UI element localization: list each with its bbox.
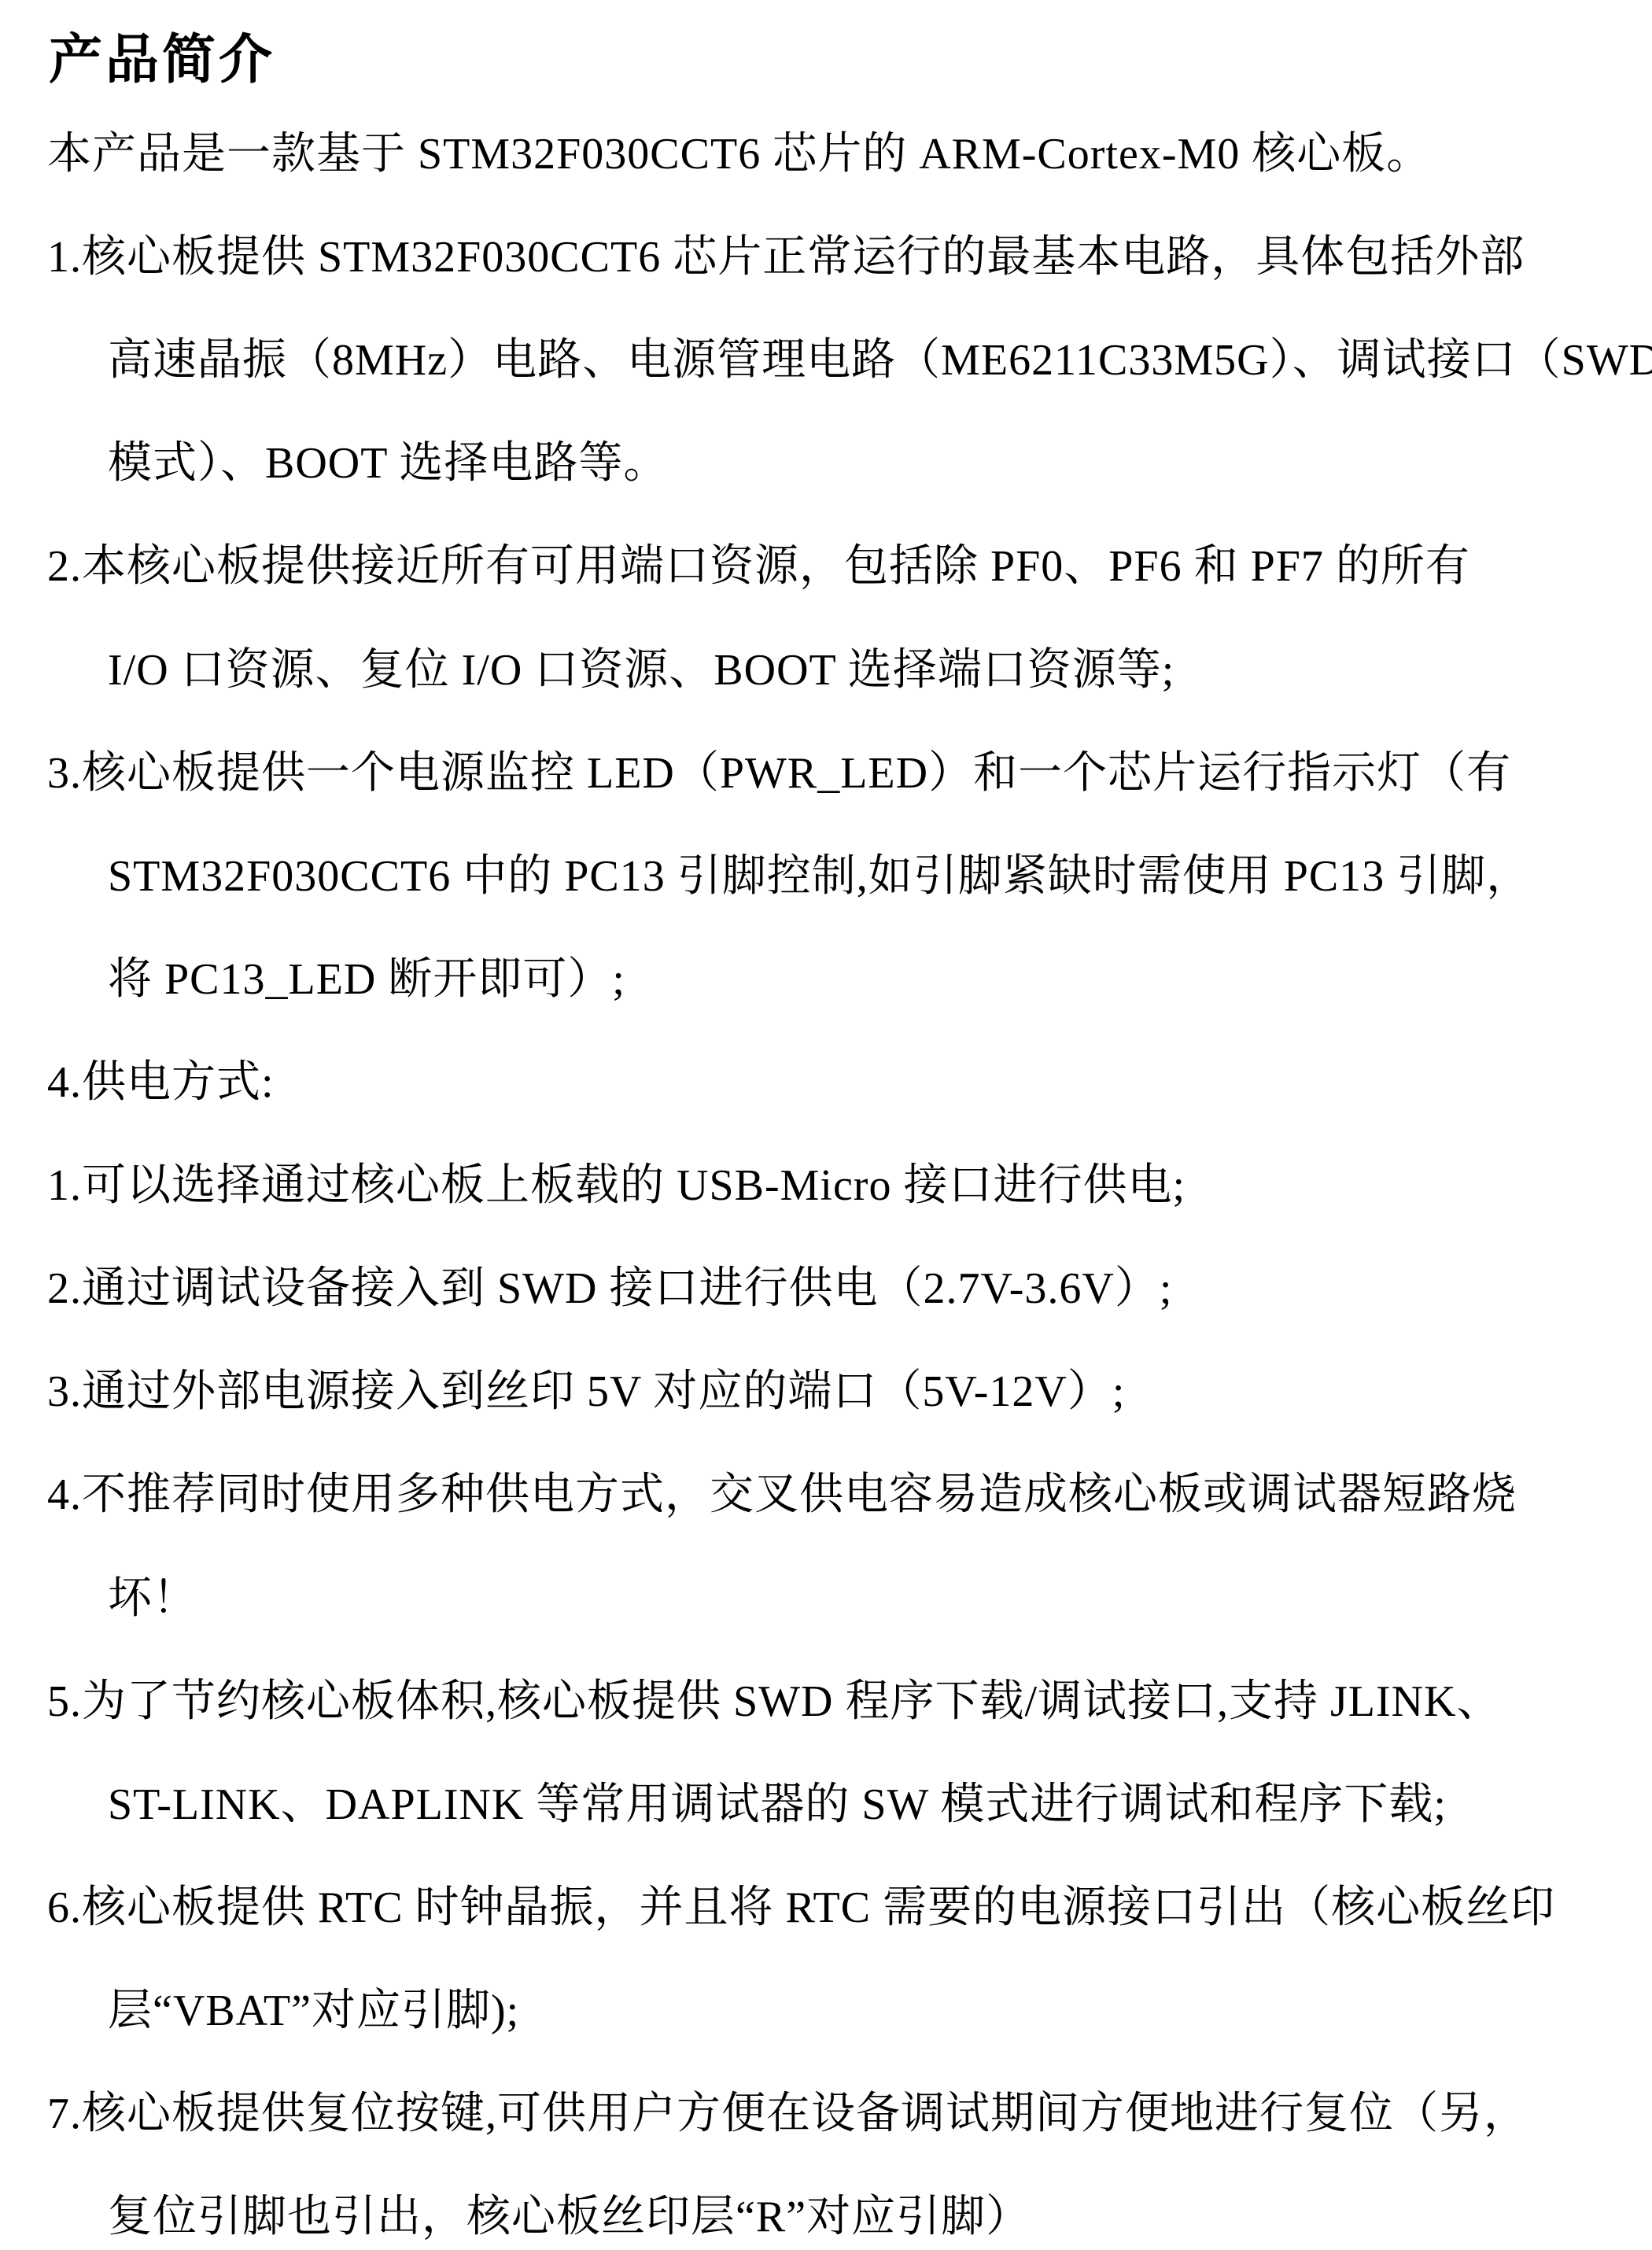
text-line: 5.为了节约核心板体积,核心板提供 SWD 程序下载/调试接口,支持 JLINK… bbox=[47, 1680, 1502, 1724]
text-line: 将 PC13_LED 断开即可）; bbox=[108, 957, 625, 1001]
text-line: 本产品是一款基于 STM32F030CCT6 芯片的 ARM-Cortex-M0… bbox=[47, 132, 1431, 176]
text-line: 7.核心板提供复位按键,可供用户方便在设备调试期间方便地进行复位（另， bbox=[47, 2092, 1528, 2136]
text-line: 1.核心板提供 STM32F030CCT6 芯片正常运行的最基本电路，具体包括外… bbox=[47, 235, 1525, 279]
text-line: 4.供电方式: bbox=[47, 1060, 275, 1105]
text-line: 模式）、BOOT 选择电路等。 bbox=[108, 441, 668, 485]
text-line: 2.通过调试设备接入到 SWD 接口进行供电（2.7V-3.6V）; bbox=[47, 1267, 1172, 1311]
text-line: STM32F030CCT6 中的 PC13 引脚控制,如引脚紧缺时需使用 PC1… bbox=[108, 854, 1531, 898]
text-line: I/O 口资源、复位 I/O 口资源、BOOT 选择端口资源等; bbox=[108, 648, 1174, 692]
text-line: ST-LINK、DAPLINK 等常用调试器的 SW 模式进行调试和程序下载; bbox=[108, 1783, 1447, 1827]
text-line: 1.可以选择通过核心板上板载的 USB-Micro 接口进行供电; bbox=[47, 1164, 1186, 1208]
text-line: 4.不推荐同时使用多种供电方式，交叉供电容易造成核心板或调试器短路烧 bbox=[47, 1473, 1517, 1517]
text-line: 高速晶振（8MHz）电路、电源管理电路（ME6211C33M5G）、调试接口（S… bbox=[108, 338, 1652, 382]
text-line: 2.本核心板提供接近所有可用端口资源，包括除 PF0、PF6 和 PF7 的所有 bbox=[47, 544, 1470, 588]
page-title: 产品简介 bbox=[49, 17, 275, 94]
text-line: 6.核心板提供 RTC 时钟晶振，并且将 RTC 需要的电源接口引出（核心板丝印 bbox=[47, 1886, 1555, 1930]
text-line: 坏！ bbox=[108, 1577, 197, 1621]
text-line: 复位引脚也引出，核心板丝印层“R”对应引脚） bbox=[108, 2195, 1031, 2239]
text-line: 3.通过外部电源接入到丝印 5V 对应的端口（5V-12V）; bbox=[47, 1370, 1125, 1414]
text-line: 3.核心板提供一个电源监控 LED（PWR_LED）和一个芯片运行指示灯（有 bbox=[47, 751, 1511, 795]
document-page: 产品简介 本产品是一款基于 STM32F030CCT6 芯片的 ARM-Cort… bbox=[0, 0, 1652, 2250]
text-line: 层“VBAT”对应引脚); bbox=[108, 1989, 519, 2033]
